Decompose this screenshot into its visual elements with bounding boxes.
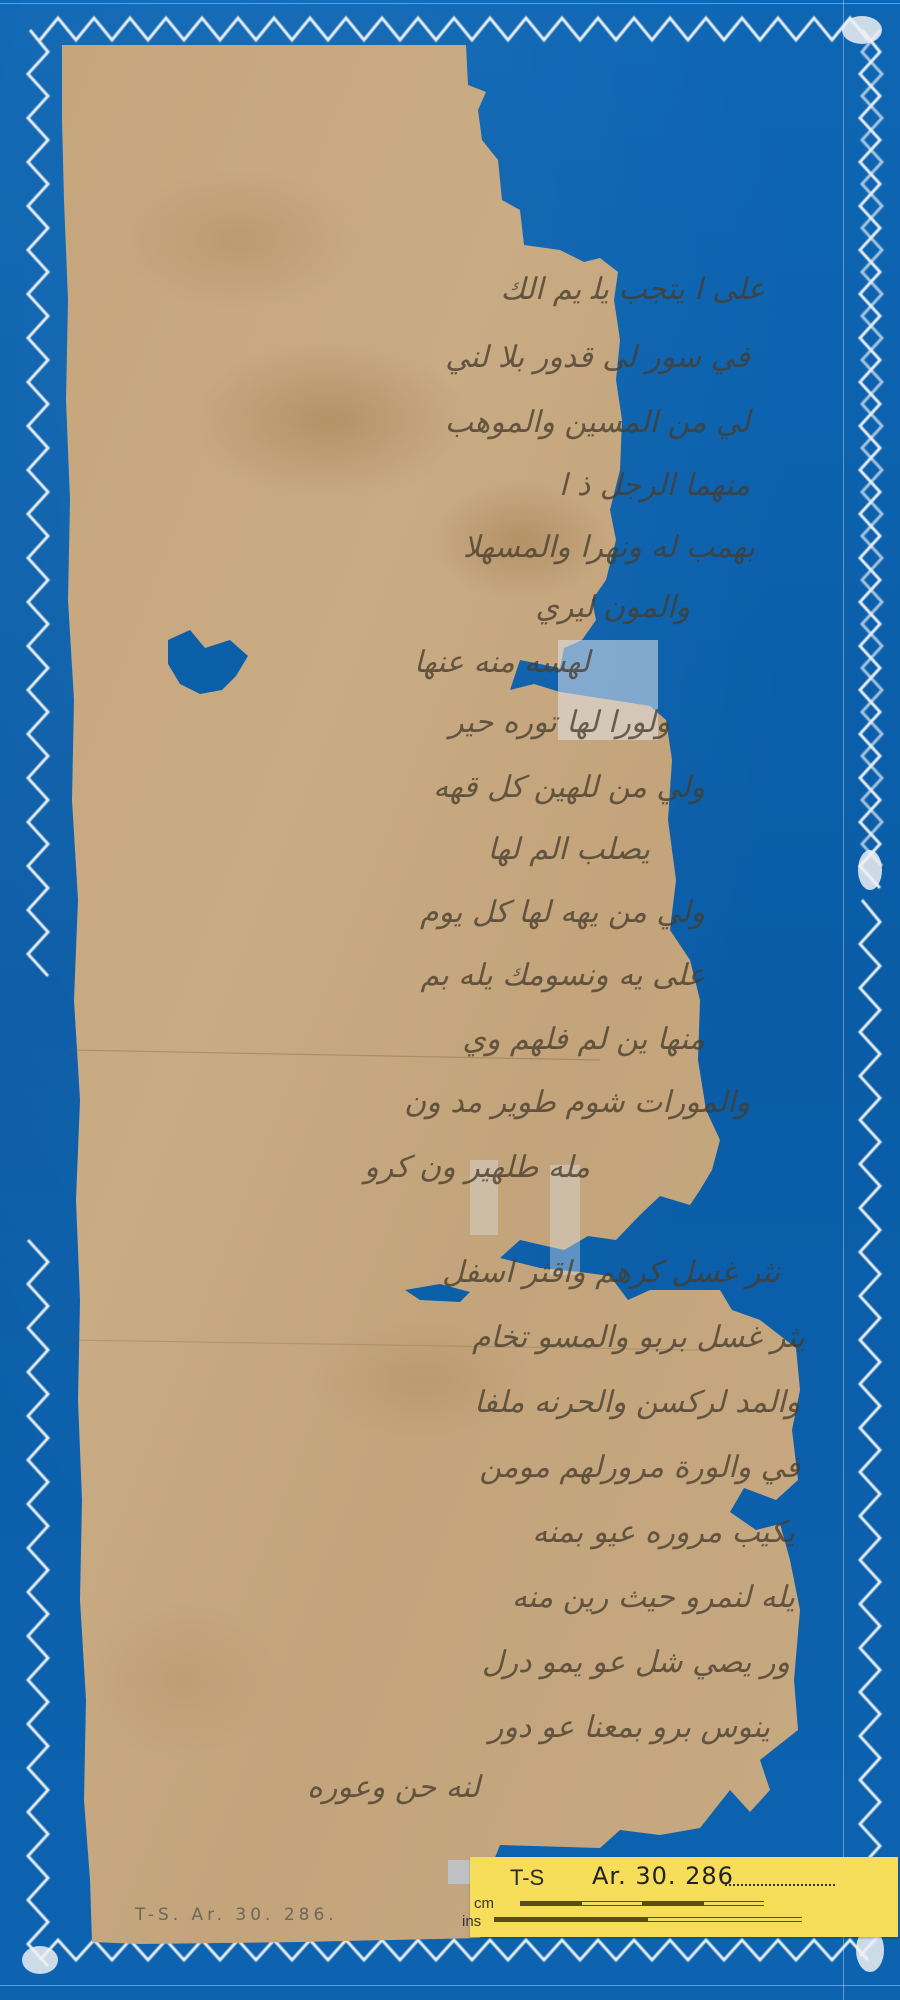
scale-bar-ins: [494, 1917, 802, 1922]
text-line: ﻭﺍﻟﻤﺪ ﻟﺮﻛﺴﻦ ﻭﺍﻟﺤﺮﻧﻪ ﻣﻠﻔﺎ: [474, 1385, 800, 1420]
text-line: ﻳﻨﻮﺱ ﺑﺮﻭ ﺑﻤﻌﻨﺎ ﻋﻮ ﺩﻭﺭ: [489, 1710, 770, 1745]
scale-unit-cm: cm: [474, 1895, 494, 1912]
text-line: ﻭﻟﻲ ﻣﻦ ﻳﻬﻪ ﻟﻬﺎ ﻛﻞ ﻳﻮﻡ: [420, 895, 705, 930]
text-line: ﻓﻲ ﺳﻮﺭ ﻟﻰ ﻗﺪﻭﺭ ﺑﻼ ﻟﻨﻲ: [445, 340, 750, 375]
shelfmark-label: T-S Ar. 30. 286 cm ins: [470, 1857, 898, 1937]
text-line: ﻭﻟﻮﺭﺍ ﻟﻬﺎ ﺗﻮﺭﻩ ﺣﻴﺮ: [449, 705, 670, 740]
text-line: ﻟﻲ ﻣﻦ ﺍﻟﻤﺴﻴﻦ ﻭﺍﻟﻤﻮﻫﺐ: [445, 405, 750, 440]
text-line: ﻋﻠﻰ ﻳﻪ ﻭﻧﺴﻮﻣﻚ ﻳﻠﻪ ﺑﻢ: [420, 958, 705, 993]
manuscript-fragment: [0, 0, 900, 2000]
scale-unit-ins: ins: [462, 1913, 481, 1930]
text-line: ﻧﺜﺮ ﻏﺴﻞ ﻛﺮﻫﻢ ﻭﺍﻗﺜﺮ ﺍﺳﻔﻞ: [442, 1255, 780, 1290]
label-dotted-line: [725, 1884, 835, 1886]
text-line: ﻳﻠﻪ ﻟﻨﻤﺮﻭ ﺣﻴﺚ ﺭﻳﻦ ﻣﻨﻪ: [512, 1580, 795, 1615]
pencil-shelfmark: T-S. Ar. 30. 286.: [135, 1905, 338, 1925]
text-line: ﻣﻨﻬﺎ ﻳﻦ ﻟﻢ ﻓﻠﻬﻢ ﻭﻱ: [462, 1022, 705, 1057]
text-line: ﻣﻨﻬﻤﺎ ﺍﻟﺮﺟﻞ ﺫ ﺍ: [559, 468, 750, 503]
text-line: ﻟﻬﺴﻪ ﻣﻨﻪ ﻋﻨﻬﺎ: [414, 645, 590, 680]
text-line: ﻳﻜﻴﺐ ﻣﺮﻭﺭﻩ ﻋﻴﻮ ﺑﻤﻨﻪ: [532, 1515, 795, 1550]
label-shelfmark: Ar. 30. 286: [592, 1862, 734, 1890]
text-line: ﻣﻠﻪ ﻃﻠﻬﻴﺮ ﻭﻥ ﻛﺮﻭ: [364, 1150, 590, 1185]
text-line: ﻓﻲ ﻭﺍﻟﻮﺭﺓ ﻣﺮﻭﺭﻟﻬﻢ ﻣﻮﻣﻦ: [479, 1450, 800, 1485]
text-line: ﻳﺼﻠﺐ ﺍﻟﻢ ﻟﻬﺎ: [488, 832, 650, 867]
text-line: ﻟﻨﻪ ﺣﻦ ﻭﻋﻮﺭﻩ: [307, 1770, 480, 1805]
text-line: ﻭﺍﻟﻤﻮﻥ ﻟﻴﺮﻱ: [535, 590, 690, 625]
text-line: ﻭﺭ ﻳﺼﻲ ﺷﻞ ﻋﻮ ﻳﻤﻮ ﺩﺭﻝ: [482, 1645, 790, 1680]
text-line: ﻳﺜﺮ ﻏﺴﻞ ﺑﺮﺑﻮ ﻭﺍﻟﻤﺴﻮ ﺗﺨﺎﻡ: [472, 1320, 805, 1355]
scale-bar-cm: [520, 1901, 764, 1906]
text-line: ﻭﺍﻟﻤﻮﺭﺍﺕ ﺷﻮﻡ ﻃﻮﻳﺮ ﻣﺪ ﻭﻥ: [404, 1085, 750, 1120]
text-line: ﻭﻟﻲ ﻣﻦ ﻟﻠﻬﻴﻦ ﻛﻞ ﻗﻬﻪ: [433, 770, 705, 805]
text-line: ﺑﻬﻤﺐ ﻟﻪ ﻭﻧﻬﺮﺍ ﻭﺍﻟﻤﺴﻬﻼ: [463, 530, 755, 565]
repair-tape: [448, 1860, 472, 1884]
text-line: ﻋﻠﻰ ﺍ ﻳﺘﺠﺐ ﻳﻠ ﻳﻢ ﺍﻟﻚ: [501, 272, 765, 307]
label-collection-prefix: T-S: [510, 1865, 544, 1891]
